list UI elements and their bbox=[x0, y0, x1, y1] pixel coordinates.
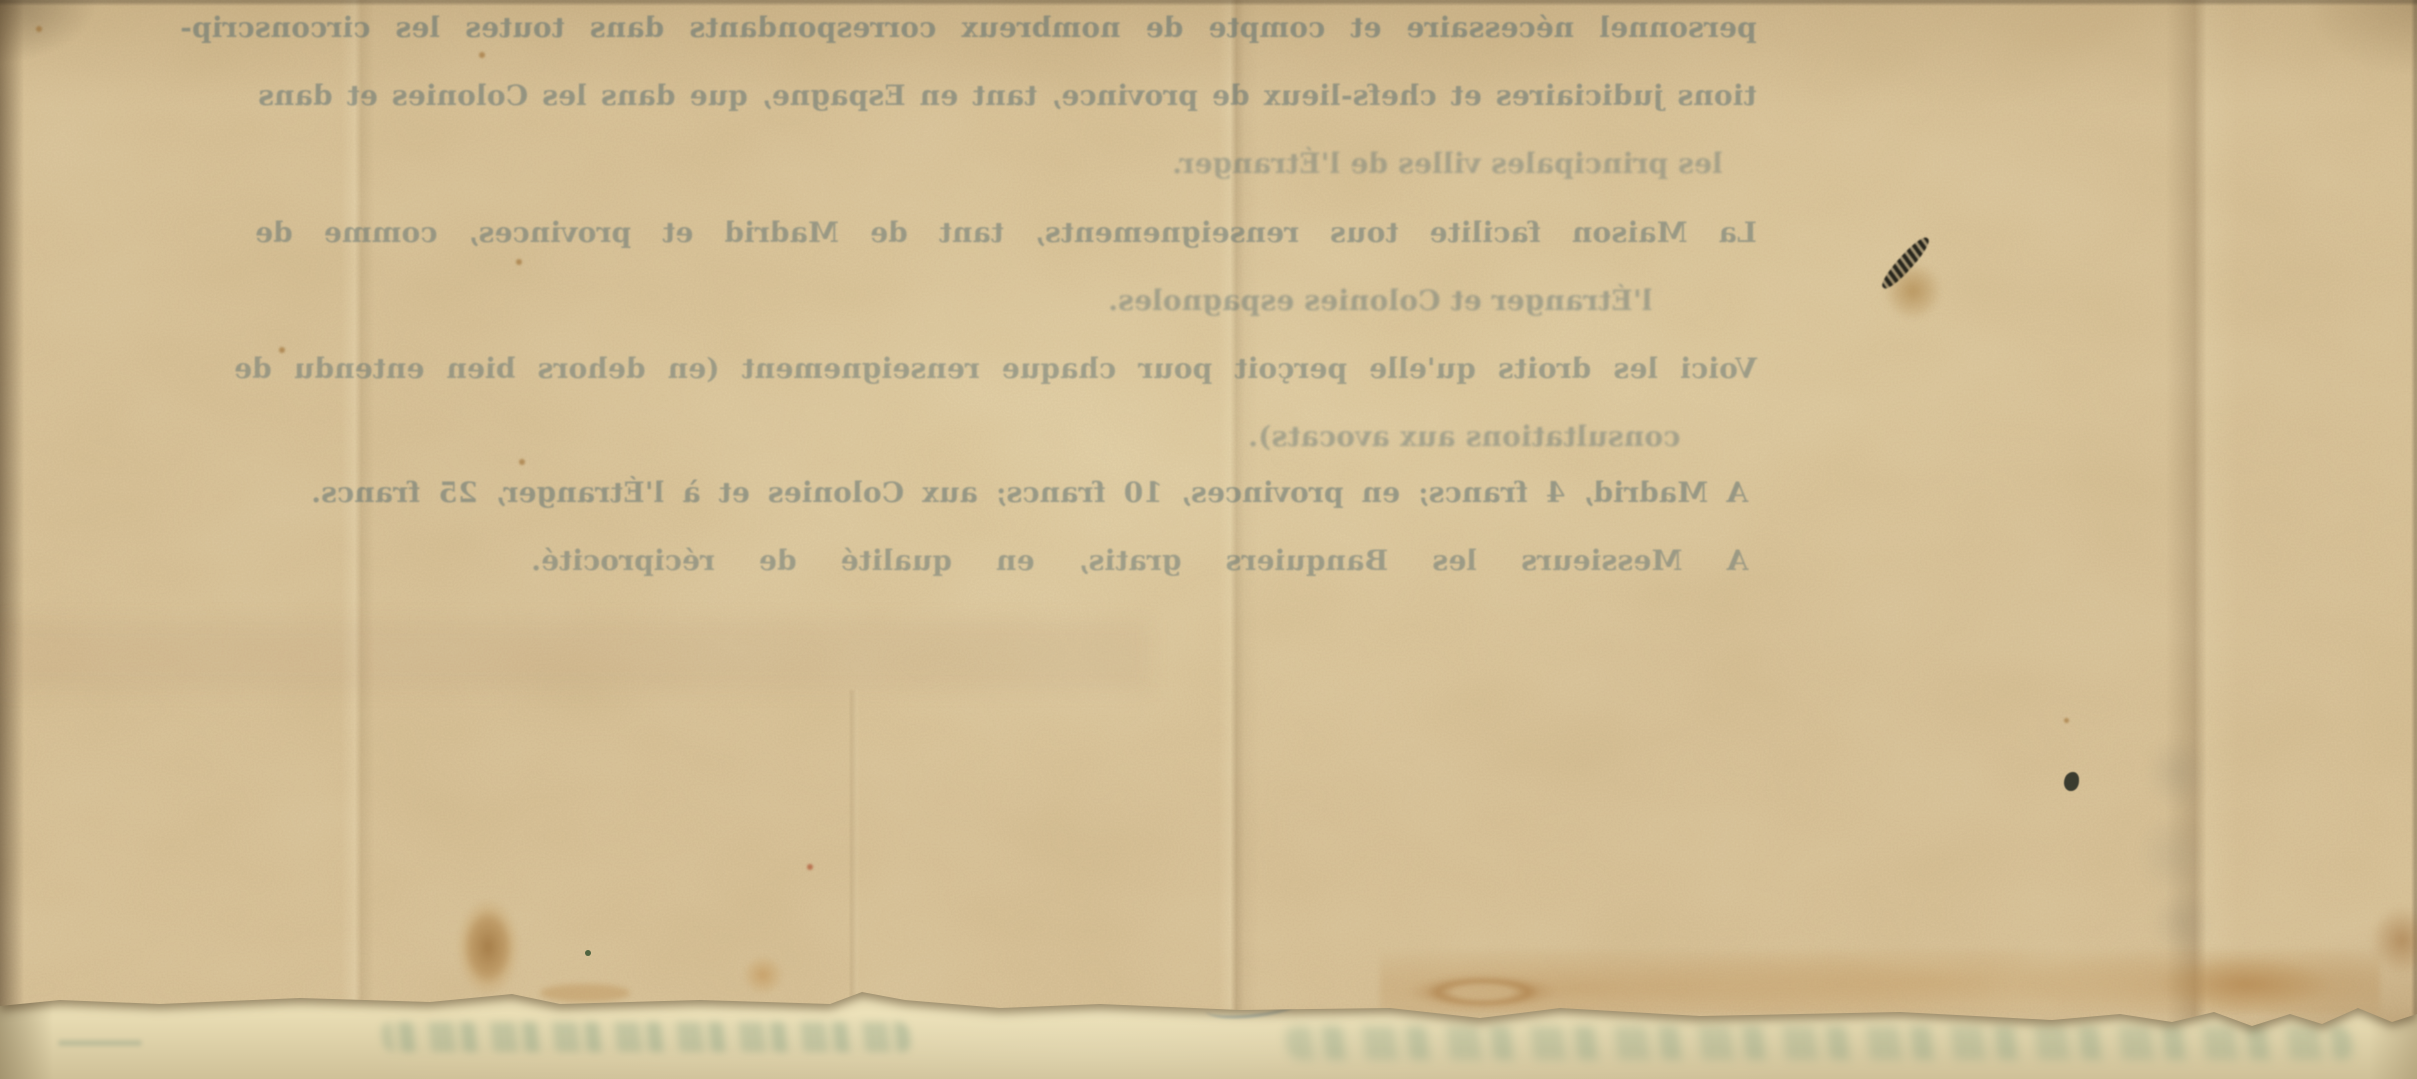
brown-smear-stain bbox=[540, 984, 630, 1002]
paper-freckle bbox=[36, 26, 42, 32]
document-photo: personnel nécessaire et compte de nombre… bbox=[0, 0, 2417, 1079]
gray-smudge-cluster bbox=[2128, 742, 2224, 947]
paper-freckle bbox=[807, 864, 813, 870]
bleedthrough-line-6: Voici les droits qu'elle perçoit pour ch… bbox=[234, 355, 1757, 383]
paper-sheet: personnel nécessaire et compte de nombre… bbox=[0, 0, 2417, 1079]
black-ink-speck bbox=[2064, 772, 2079, 791]
bleedthrough-line-2: tions judiciaires et chefs-lieux de prov… bbox=[258, 82, 1757, 110]
bleedthrough-line-9: A Messieurs les Banquiers gratis, en qua… bbox=[531, 547, 1748, 575]
paper-freckle bbox=[2064, 718, 2069, 723]
bleedthrough-line-8: A Madrid, 4 francs; en provinces, 10 fra… bbox=[311, 479, 1748, 507]
bleedthrough-line-1: personnel nécessaire et compte de nombre… bbox=[180, 14, 1757, 42]
green-speck bbox=[585, 950, 591, 956]
black-ink-smudge bbox=[1878, 233, 1933, 292]
ink-smudge-halo bbox=[1884, 262, 1942, 320]
bottom-edge-stain-band bbox=[1380, 950, 2380, 1014]
edge-stain-right bbox=[2160, 956, 2330, 1012]
bleedthrough-line-4: La Maison facilite tous renseignements, … bbox=[255, 219, 1757, 247]
soft-horizontal-crease-shading bbox=[0, 620, 1150, 690]
paper-freckle bbox=[516, 259, 522, 265]
bleedthrough-line-7: consultations aux avocats). bbox=[1248, 423, 1680, 451]
corner-stain-bottom-right bbox=[2360, 894, 2417, 986]
small-brown-stain bbox=[742, 955, 784, 995]
lower-vertical-fold-crease bbox=[850, 690, 858, 1012]
paper-freckle bbox=[479, 52, 485, 58]
ring-stain bbox=[1408, 974, 1558, 1010]
bleedthrough-line-3: les principales villes de l'Étranger. bbox=[1172, 150, 1723, 178]
paper-sheet-wrap: personnel nécessaire et compte de nombre… bbox=[0, 0, 2417, 1079]
brown-oval-stain bbox=[456, 898, 520, 996]
paper-freckle bbox=[519, 459, 525, 465]
bleedthrough-line-5: l'Étranger et Colonies espagnoles. bbox=[1108, 287, 1652, 315]
